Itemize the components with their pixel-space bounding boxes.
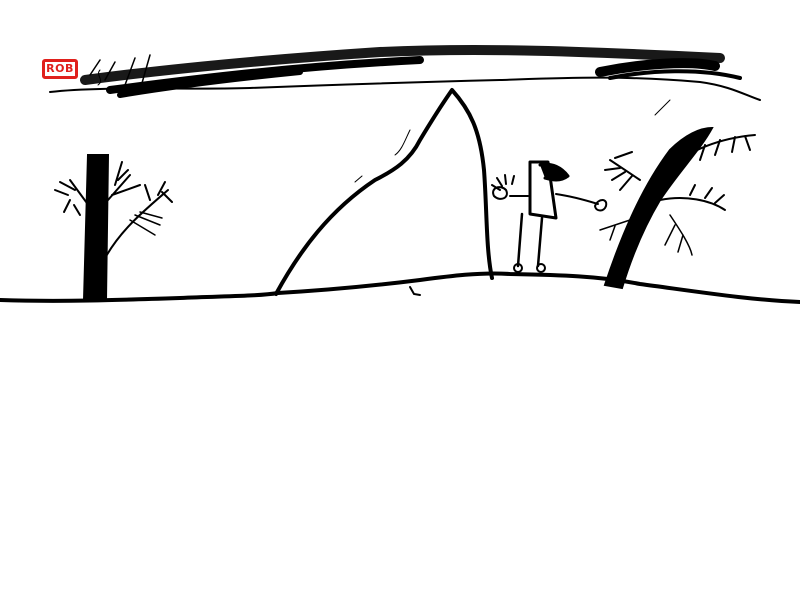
storm-cloud-band	[50, 50, 760, 100]
left-tree	[55, 155, 172, 300]
right-palm-tree	[600, 100, 755, 288]
ground-line	[0, 273, 800, 302]
mountain	[276, 90, 492, 294]
stick-figure	[492, 162, 606, 272]
drawing-canvas	[0, 0, 800, 600]
signature-stamp: ROB	[42, 59, 78, 79]
